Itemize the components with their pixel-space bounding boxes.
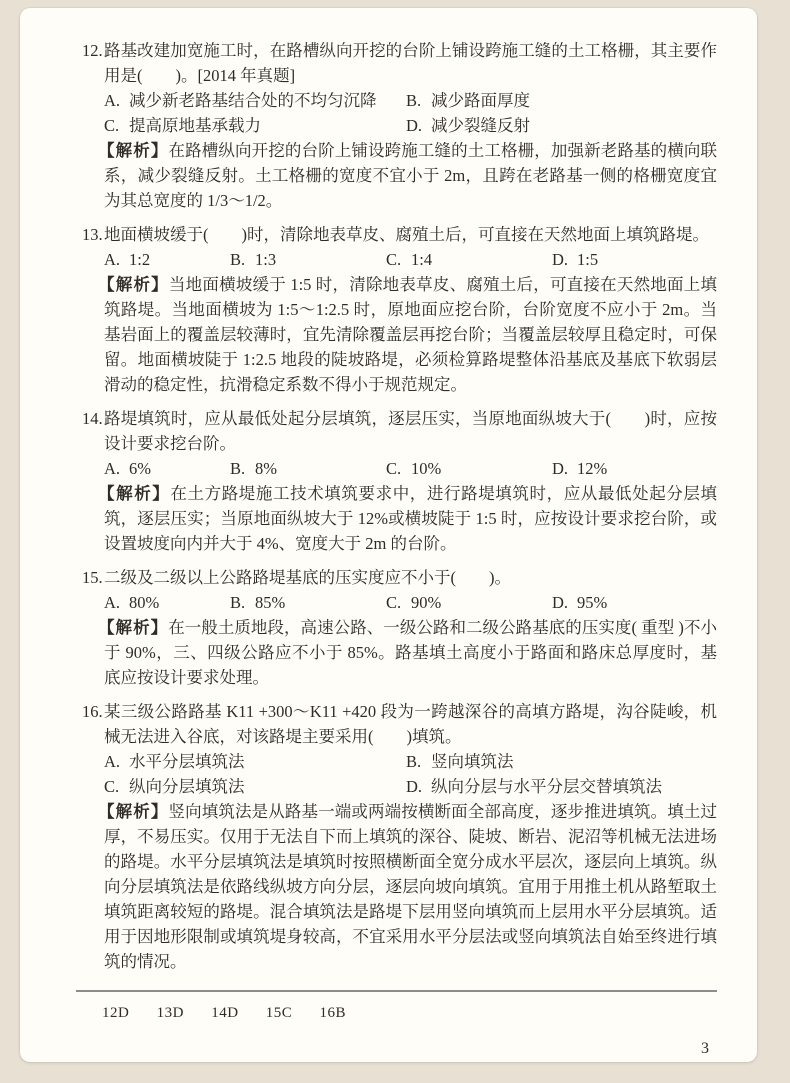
analysis-paragraph: 【解析】在土方路堤施工技术填筑要求中，进行路堤填筑时，应从最低处起分层填筑，逐层… [104,481,717,556]
options-list: A.水平分层填筑法 B.竖向填筑法 C.纵向分层填筑法 D.纵向分层与水平分层交… [104,749,717,799]
question-15: 15. 二级及二级以上公路路堤基底的压实度应不小于( )。 A.80% B.85… [82,565,717,690]
option-a: A.6% [104,456,230,481]
question-16: 16. 某三级公路路基 K11 +300～K11 +420 段为一跨越深谷的高填… [82,699,717,974]
option-text: 提高原地基承载力 [129,116,261,135]
page-content: 12. 路基改建加宽施工时，在路槽纵向开挖的台阶上铺设跨施工缝的土工格栅，其主要… [20,8,757,1061]
question-14: 14. 路堤填筑时，应从最低处起分层填筑，逐层压实，当原地面纵坡大于( )时，应… [82,406,717,556]
option-label: D. [406,113,422,138]
option-label: A. [104,749,120,774]
question-number: 14. [82,406,104,456]
option-text: 水平分层填筑法 [129,752,245,771]
question-12: 12. 路基改建加宽施工时，在路槽纵向开挖的台阶上铺设跨施工缝的土工格栅，其主要… [82,38,717,213]
answer-key-item: 16B [320,1005,347,1021]
option-c: C.10% [386,456,552,481]
option-a: A.减少新老路基结合处的不均匀沉降 [104,88,406,113]
option-b: B.竖向填筑法 [406,749,717,774]
option-text: 10% [411,459,441,478]
option-d: D.1:5 [552,247,717,272]
option-c: C.提高原地基承载力 [104,113,406,138]
option-label: D. [406,774,422,799]
analysis-text: 在路槽纵向开挖的台阶上铺设跨施工缝的土工格栅，加强新老路基的横向联系，减少裂缝反… [104,141,717,210]
analysis-label: 【解析】 [98,141,169,160]
answer-key-item: 13D [157,1005,184,1021]
option-text: 90% [411,593,441,612]
question-stem: 路堤填筑时，应从最低处起分层填筑，逐层压实，当原地面纵坡大于( )时，应按设计要… [104,406,717,456]
analysis-label: 【解析】 [98,275,169,294]
option-text: 6% [129,459,151,478]
option-text: 竖向填筑法 [431,752,514,771]
option-text: 85% [255,593,285,612]
option-text: 1:5 [577,250,598,269]
answer-key-item: 12D [102,1005,129,1021]
options-list: A.1:2 B.1:3 C.1:4 D.1:5 [104,247,717,272]
option-text: 95% [577,593,607,612]
option-d: D.95% [552,590,717,615]
option-a: A.80% [104,590,230,615]
page-number: 3 [82,1036,717,1061]
option-text: 减少裂缝反射 [431,116,530,135]
answer-key-item: 15C [266,1005,293,1021]
question-stem: 地面横坡缓于( )时，清除地表草皮、腐殖土后，可直接在天然地面上填筑路堤。 [104,222,717,247]
option-text: 纵向分层与水平分层交替填筑法 [431,777,662,796]
option-label: C. [386,456,402,481]
option-text: 减少路面厚度 [431,91,530,110]
analysis-text: 竖向填筑法是从路基一端或两端按横断面全部高度，逐步推进填筑。填土过厚，不易压实。… [104,802,717,971]
option-label: C. [104,774,120,799]
document-page: 12. 路基改建加宽施工时，在路槽纵向开挖的台阶上铺设跨施工缝的土工格栅，其主要… [20,8,757,1062]
option-text: 纵向分层填筑法 [129,777,245,796]
option-label: C. [386,247,402,272]
analysis-paragraph: 【解析】竖向填筑法是从路基一端或两端按横断面全部高度，逐步推进填筑。填土过厚，不… [104,799,717,974]
question-stem: 路基改建加宽施工时，在路槽纵向开挖的台阶上铺设跨施工缝的土工格栅，其主要作用是(… [104,38,717,88]
question-stem-row: 15. 二级及二级以上公路路堤基底的压实度应不小于( )。 [82,565,717,590]
analysis-paragraph: 【解析】在路槽纵向开挖的台阶上铺设跨施工缝的土工格栅，加强新老路基的横向联系，减… [104,138,717,213]
option-label: D. [552,456,568,481]
page-footer: 12D 13D 14D 15C 16B 3 [82,990,717,1061]
option-b: B.减少路面厚度 [406,88,717,113]
option-label: B. [230,590,246,615]
option-label: D. [552,247,568,272]
option-label: A. [104,88,120,113]
option-label: B. [406,749,422,774]
analysis-label: 【解析】 [98,484,170,503]
option-text: 1:3 [255,250,276,269]
option-label: D. [552,590,568,615]
option-text: 1:4 [411,250,432,269]
analysis-text: 当地面横坡缓于 1:5 时，清除地表草皮、腐殖土后，可直接在天然地面上填筑路堤。… [104,275,717,394]
option-b: B.1:3 [230,247,386,272]
analysis-paragraph: 【解析】当地面横坡缓于 1:5 时，清除地表草皮、腐殖土后，可直接在天然地面上填… [104,272,717,397]
question-stem: 某三级公路路基 K11 +300～K11 +420 段为一跨越深谷的高填方路堤，… [104,699,717,749]
option-c: C.90% [386,590,552,615]
option-label: A. [104,247,120,272]
option-label: B. [230,247,246,272]
option-c: C.纵向分层填筑法 [104,774,406,799]
options-list: A.6% B.8% C.10% D.12% [104,456,717,481]
option-a: A.1:2 [104,247,230,272]
option-text: 12% [577,459,607,478]
question-stem-row: 14. 路堤填筑时，应从最低处起分层填筑，逐层压实，当原地面纵坡大于( )时，应… [82,406,717,456]
answer-key: 12D 13D 14D 15C 16B [82,1001,717,1026]
option-label: C. [104,113,120,138]
option-label: A. [104,456,120,481]
option-d: D.12% [552,456,717,481]
option-b: B.85% [230,590,386,615]
option-c: C.1:4 [386,247,552,272]
analysis-label: 【解析】 [98,802,169,821]
question-stem-row: 12. 路基改建加宽施工时，在路槽纵向开挖的台阶上铺设跨施工缝的土工格栅，其主要… [82,38,717,88]
analysis-text: 在一般土质地段，高速公路、一级公路和二级公路基底的压实度( 重型 )不小于 90… [104,618,717,687]
options-list: A.80% B.85% C.90% D.95% [104,590,717,615]
option-label: C. [386,590,402,615]
option-b: B.8% [230,456,386,481]
analysis-text: 在土方路堤施工技术填筑要求中，进行路堤填筑时，应从最低处起分层填筑，逐层压实；当… [104,484,717,553]
question-stem-row: 16. 某三级公路路基 K11 +300～K11 +420 段为一跨越深谷的高填… [82,699,717,749]
answer-key-item: 14D [211,1005,238,1021]
question-stem-row: 13. 地面横坡缓于( )时，清除地表草皮、腐殖土后，可直接在天然地面上填筑路堤… [82,222,717,247]
option-text: 1:2 [129,250,150,269]
question-number: 16. [82,699,104,749]
option-d: D.减少裂缝反射 [406,113,717,138]
option-text: 8% [255,459,277,478]
question-stem: 二级及二级以上公路路堤基底的压实度应不小于( )。 [104,565,717,590]
question-number: 13. [82,222,104,247]
analysis-label: 【解析】 [98,618,168,637]
option-text: 减少新老路基结合处的不均匀沉降 [129,91,377,110]
footer-divider [76,990,717,992]
question-13: 13. 地面横坡缓于( )时，清除地表草皮、腐殖土后，可直接在天然地面上填筑路堤… [82,222,717,397]
option-label: A. [104,590,120,615]
option-text: 80% [129,593,159,612]
option-label: B. [230,456,246,481]
options-list: A.减少新老路基结合处的不均匀沉降 B.减少路面厚度 C.提高原地基承载力 D.… [104,88,717,138]
option-label: B. [406,88,422,113]
option-d: D.纵向分层与水平分层交替填筑法 [406,774,717,799]
question-number: 12. [82,38,104,88]
analysis-paragraph: 【解析】在一般土质地段，高速公路、一级公路和二级公路基底的压实度( 重型 )不小… [104,615,717,690]
question-number: 15. [82,565,104,590]
option-a: A.水平分层填筑法 [104,749,406,774]
